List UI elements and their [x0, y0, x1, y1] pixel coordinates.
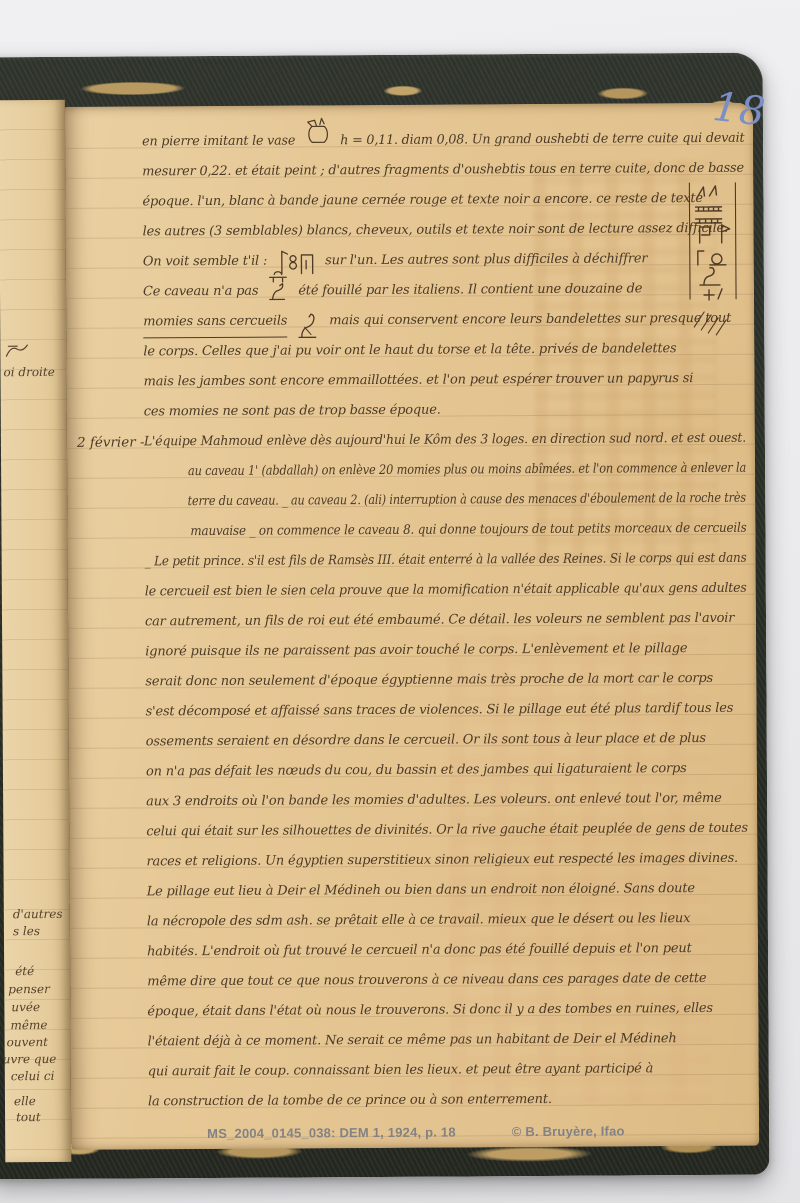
margin-fragment: s les: [13, 924, 40, 938]
caption-bar: MS_2004_0145_038: DEM 1, 1924, p. 18 © B…: [71, 1123, 759, 1142]
manuscript-line-text: mais qui conservent encore leurs bandele…: [329, 304, 731, 336]
manuscript-line: terre du caveau. _ au caveau 2. (ali) in…: [144, 484, 666, 517]
manuscript-line-text: races et religions. Un égyptien supersti…: [146, 844, 738, 878]
manuscript-line: Le pillage eut lieu à Deir el Médineh ou…: [147, 874, 749, 908]
manuscript-line-text: Ce caveau n'a pas: [143, 277, 258, 308]
manuscript-line: car autrement, un fils de roi eut été em…: [145, 604, 747, 638]
manuscript-line: Ce caveau n'a pas été fouillé par les it…: [143, 274, 745, 308]
manuscript-line-text: le cercueil est bien le sien cela prouve…: [145, 574, 747, 608]
manuscript-line-text: été fouillé par les italiens. Il contien…: [298, 274, 642, 306]
manuscript-line: le cercueil est bien le sien cela prouve…: [145, 574, 728, 608]
manuscript-line: habités. L'endroit où fut trouvé le cerc…: [147, 934, 749, 968]
manuscript-page: 18 2 février - en pierre imitant le vase: [65, 103, 759, 1150]
margin-fragment: été: [15, 964, 34, 978]
offering-sign-sketch: [266, 269, 290, 303]
manuscript-line-text: Le pillage eut lieu à Deir el Médineh ou…: [147, 874, 695, 907]
manuscript-line: On voit semble t'il : sur l'un. Les autr…: [143, 244, 745, 278]
manuscript-line-text: ces momies ne sont pas de trop basse épo…: [144, 396, 441, 428]
facing-page-edge: oi droited'autress lesétépenseruvéemêmeo…: [0, 100, 71, 1162]
manuscript-line-text: époque, était dans l'état où nous le tro…: [147, 994, 713, 1027]
manuscript-line-text: L'équipe Mahmoud enlève dès aujourd'hui …: [144, 424, 746, 458]
manuscript-line: mesurer 0,22. et était peint ; d'autres …: [142, 154, 738, 188]
caption-reference: MS_2004_0145_038: DEM 1, 1924, p. 18: [207, 1125, 456, 1142]
manuscript-line-text: la nécropole des sdm ash. se prêtait ell…: [147, 904, 691, 937]
caption-credit: © B. Bruyère, Ifao: [512, 1123, 625, 1139]
manuscript-line: au caveau 1' (abdallah) on enlève 20 mom…: [144, 454, 672, 487]
manuscript-line-text: en pierre imitant le vase: [142, 126, 295, 157]
manuscript-line: L'équipe Mahmoud enlève dès aujourd'hui …: [144, 424, 721, 458]
manuscript-line-text: le corps. Celles que j'ai pu voir ont le…: [143, 334, 676, 367]
margin-fragment: ouvent: [7, 1035, 48, 1049]
manuscript-line: celui qui était sur les silhouettes de d…: [146, 814, 740, 848]
manuscript-line-text: la construction de la tombe de ce prince…: [148, 1085, 552, 1117]
manuscript-line: races et religions. Un égyptien supersti…: [146, 844, 748, 878]
manuscript-line: ces momies ne sont pas de trop basse épo…: [144, 394, 746, 428]
manuscript-line-text: mauvaise _ on commence le caveau 8. qui …: [190, 514, 746, 547]
manuscript-line-text: s'est décomposé et affaissé sans traces …: [145, 694, 733, 728]
manuscript-line-text: habités. L'endroit où fut trouvé le cerc…: [147, 934, 692, 967]
manuscript-line: on n'a pas défait les nœuds du cou, du b…: [146, 754, 748, 788]
manuscript-line: ossements seraient en désordre dans le c…: [146, 724, 748, 758]
manuscript-line-text: On voit semble t'il :: [143, 247, 267, 278]
manuscript-line-text: _ Le petit prince. s'il est fils de Rams…: [145, 544, 747, 578]
manuscript-line: momies sans cercueils mais qui conserven…: [143, 304, 745, 338]
manuscript-line: même dire que tout ce que nous trouveron…: [147, 964, 749, 998]
manuscript-line-text: sur l'un. Les autres sont plus difficile…: [325, 244, 647, 276]
margin-fragment: même: [10, 1018, 47, 1032]
photo-backdrop: oi droited'autress lesétépenseruvéemêmeo…: [0, 0, 800, 1203]
manuscript-text: en pierre imitant le vase h = 0,11. diam…: [142, 124, 750, 1118]
margin-fragment: oi droite: [3, 365, 54, 379]
manuscript-line-text: mesurer 0,22. et était peint ; d'autres …: [142, 154, 744, 188]
manuscript-line: aux 3 endroits où l'on bande les momies …: [146, 784, 748, 818]
margin-fragment: tout: [16, 1110, 41, 1124]
manuscript-line-text: même dire que tout ce que nous trouveron…: [147, 964, 706, 997]
manuscript-line: _ Le petit prince. s'il est fils de Rams…: [145, 544, 698, 577]
manuscript-line-text: l'étaient déjà à ce moment. Ne serait ce…: [148, 1024, 677, 1057]
manuscript-line-text: les autres (3 semblables) blancs, cheveu…: [143, 214, 729, 248]
manuscript-line: les autres (3 semblables) blancs, cheveu…: [143, 214, 745, 248]
entry-date-label: 2 février -: [77, 427, 145, 457]
manuscript-line-text: mais les jambes sont encore emmaillottée…: [143, 364, 693, 397]
manuscript-line-text: serait donc non seulement d'époque égypt…: [145, 664, 713, 697]
manuscript-line: le corps. Celles que j'ai pu voir ont le…: [143, 334, 745, 368]
manuscript-line-text: on n'a pas défait les nœuds du cou, du b…: [146, 754, 687, 787]
manuscript-line: l'étaient déjà à ce moment. Ne serait ce…: [148, 1024, 750, 1058]
manuscript-line: serait donc non seulement d'époque égypt…: [145, 664, 747, 698]
manuscript-line-text: au caveau 1' (abdallah) on enlève 20 mom…: [188, 454, 746, 487]
manuscript-line-text: époque. l'un, blanc à bande jaune cernée…: [142, 184, 703, 217]
margin-fragment: elle: [14, 1094, 36, 1108]
vase-sketch: [303, 115, 333, 153]
manuscript-line: ignoré puisque ils ne paraissent pas avo…: [145, 634, 747, 668]
margin-fragment: celui ci: [11, 1069, 55, 1083]
manuscript-line: mauvaise _ on commence le caveau 8. qui …: [144, 514, 697, 547]
manuscript-line: en pierre imitant le vase h = 0,11. diam…: [142, 124, 731, 158]
manuscript-line-text: momies sans cercueils: [143, 307, 287, 339]
manuscript-line-text: terre du caveau. _ au caveau 2. (ali) in…: [188, 484, 746, 517]
manuscript-line-text: car autrement, un fils de roi eut été em…: [145, 604, 734, 638]
margin-fragment: d'autres: [13, 907, 63, 921]
manuscript-line-text: h = 0,11. diam 0,08. Un grand oushebti d…: [340, 124, 744, 156]
margin-sketch: [4, 338, 30, 360]
manuscript-line: mais les jambes sont encore emmaillottée…: [143, 364, 745, 398]
manuscript-line: époque, était dans l'état où nous le tro…: [147, 994, 749, 1028]
manuscript-line-text: ossements seraient en désordre dans le c…: [146, 724, 706, 757]
manuscript-line-text: aux 3 endroits où l'on bande les momies …: [146, 784, 722, 818]
manuscript-line: la construction de la tombe de ce prince…: [148, 1084, 750, 1118]
manuscript-line-text: ignoré puisque ils ne paraissent pas avo…: [145, 634, 687, 667]
manuscript-line: qui aurait fait le coup. connaissant bie…: [148, 1054, 750, 1088]
manuscript-line: la nécropole des sdm ash. se prêtait ell…: [147, 904, 749, 938]
manuscript-line: époque. l'un, blanc à bande jaune cernée…: [142, 184, 744, 218]
margin-fragment: uvre que: [3, 1052, 57, 1066]
notebook: oi droited'autress lesétépenseruvéemêmeo…: [0, 53, 769, 1180]
manuscript-line-text: celui qui était sur les silhouettes de d…: [146, 814, 748, 848]
manuscript-line: s'est décomposé et affaissé sans traces …: [145, 694, 747, 728]
manuscript-line-text: qui aurait fait le coup. connaissant bie…: [148, 1054, 654, 1087]
margin-fragment: penser: [8, 982, 50, 996]
margin-fragment: uvée: [11, 1000, 40, 1014]
